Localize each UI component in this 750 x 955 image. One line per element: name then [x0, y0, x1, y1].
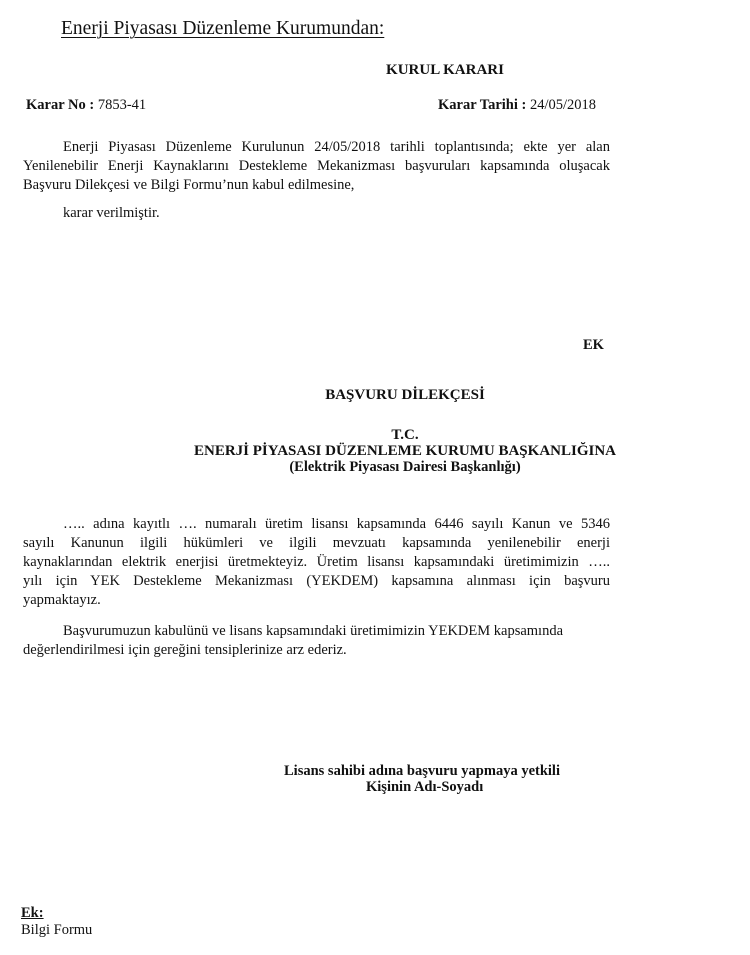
decision-line: Yenilenebilir Enerji Kaynaklarını Destek… [23, 157, 610, 176]
petition-line: kaynaklarından elektrik enerjisi üretmek… [23, 553, 610, 572]
decision-closing: karar verilmiştir. [63, 205, 160, 222]
decision-heading: KURUL KARARI [0, 62, 750, 79]
institution-title: Enerji Piyasası Düzenleme Kurumundan: [61, 18, 384, 40]
petition-paragraph-1: ….. adına kayıtlı …. numaralı üretim lis… [23, 515, 610, 610]
petition-line: ….. adına kayıtlı …. numaralı üretim lis… [23, 515, 610, 534]
attachment-label: Ek: [21, 905, 44, 922]
decision-date-label: Karar Tarihi : [438, 97, 526, 113]
attachment-item: Bilgi Formu [21, 922, 92, 939]
signature-line-2: Kişinin Adı-Soyadı [366, 779, 483, 796]
addressee-department: (Elektrik Piyasası Dairesi Başkanlığı) [0, 459, 750, 476]
addressee-tc: T.C. [0, 427, 750, 444]
signature-line-1: Lisans sahibi adına başvuru yapmaya yetk… [284, 763, 560, 780]
decision-date: Karar Tarihi : 24/05/2018 [438, 97, 596, 114]
decision-paragraph: Enerji Piyasası Düzenleme Kurulunun 24/0… [23, 138, 610, 195]
decision-number: Karar No : 7853-41 [26, 97, 146, 114]
annex-label: EK [583, 337, 604, 354]
addressee-institution: ENERJİ PİYASASI DÜZENLEME KURUMU BAŞKANL… [0, 443, 750, 460]
decision-number-label: Karar No : [26, 97, 94, 113]
petition-line: yılı için YEK Destekleme Mekanizması (YE… [23, 572, 610, 591]
petition-paragraph-2: Başvurumuzun kabulünü ve lisans kapsamın… [23, 622, 610, 660]
decision-line: Enerji Piyasası Düzenleme Kurulunun 24/0… [23, 138, 610, 157]
petition-line: sayılı Kanunun ilgili hükümleri ve ilgil… [23, 534, 610, 553]
petition-line: yapmaktayız. [23, 591, 610, 610]
decision-line: Başvuru Dilekçesi ve Bilgi Formu’nun kab… [23, 176, 610, 195]
petition-title: BAŞVURU DİLEKÇESİ [0, 387, 750, 404]
petition-line: değerlendirilmesi için gereğini tensiple… [23, 641, 610, 660]
decision-date-value: 24/05/2018 [530, 97, 596, 113]
petition-line: Başvurumuzun kabulünü ve lisans kapsamın… [23, 622, 610, 641]
decision-number-value: 7853-41 [98, 97, 146, 113]
